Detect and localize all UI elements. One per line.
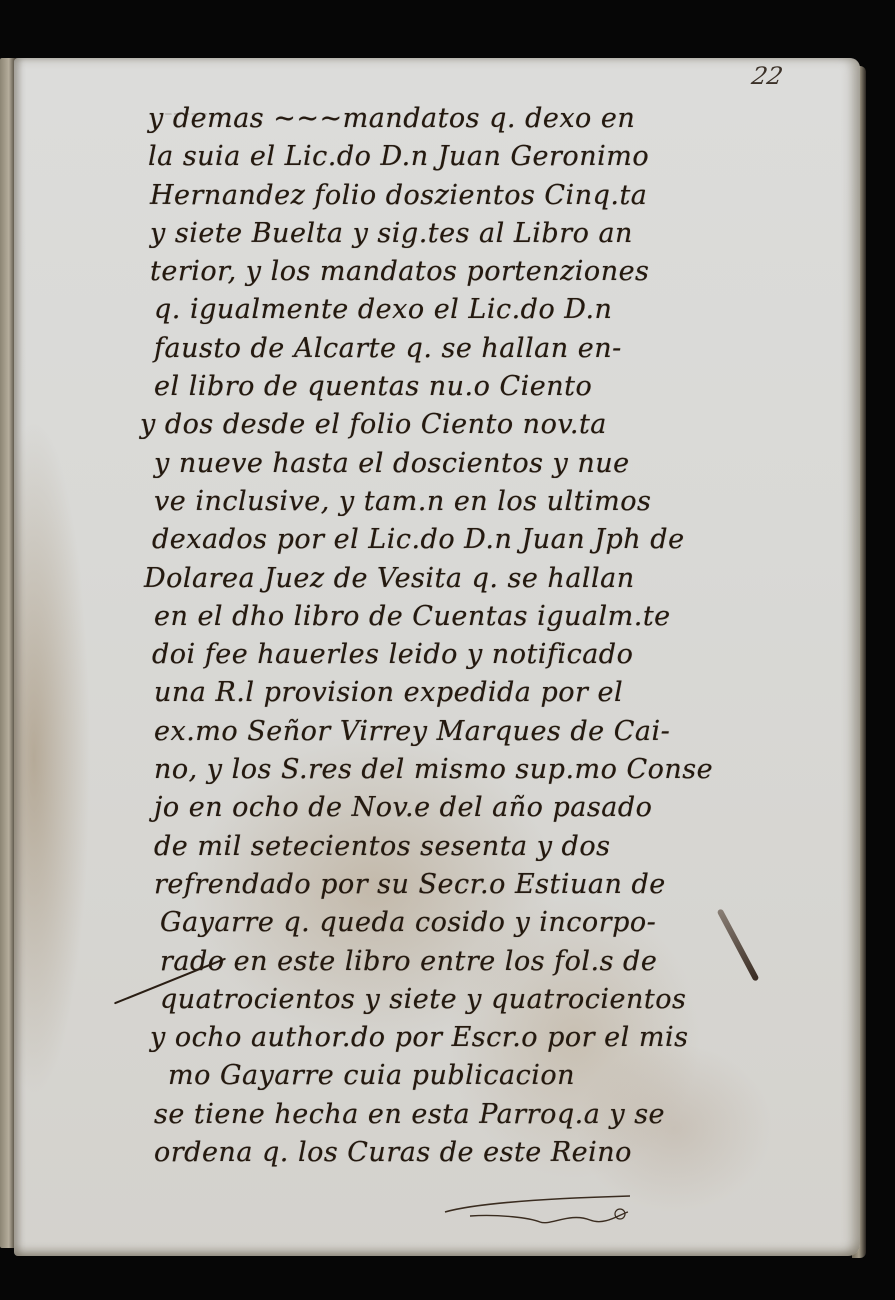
text-line: en el dho libro de Cuentas igualm.te <box>154 598 780 636</box>
manuscript-scan: ----- 22 y demas ~~~mandatos q. dexo en … <box>0 0 895 1300</box>
text-line: de mil setecientos sesenta y dos <box>154 828 780 866</box>
text-line: y ocho author.do por Escr.o por el mis <box>150 1019 780 1057</box>
text-line: doi fee hauerles leido y notificado <box>152 636 780 674</box>
text-line: terior, y los mandatos portenziones <box>150 253 780 291</box>
text-line: fausto de Alcarte q. se hallan en- <box>154 330 780 368</box>
handwritten-text-block: y demas ~~~mandatos q. dexo en la suia e… <box>140 100 780 1172</box>
text-line: el libro de quentas nu.o Ciento <box>154 368 780 406</box>
text-line: la suia el Lic.do D.n Juan Geronimo <box>148 138 780 176</box>
signature-rubric-icon <box>440 1192 640 1232</box>
text-line: y siete Buelta y sig.tes al Libro an <box>150 215 780 253</box>
text-line: y dos desde el folio Ciento nov.ta <box>140 406 780 444</box>
text-line: Hernandez folio doszientos Cinq.ta <box>150 177 780 215</box>
text-line: ordena q. los Curas de este Reino <box>154 1134 780 1172</box>
text-line: se tiene hecha en esta Parroq.a y se <box>154 1096 780 1134</box>
text-line: ve inclusive, y tam.n en los ultimos <box>154 483 780 521</box>
folio-number: 22 <box>750 62 785 90</box>
text-line: mo Gayarre cuia publicacion <box>168 1057 780 1095</box>
text-line: jo en ocho de Nov.e del año pasado <box>154 789 780 827</box>
text-line: refrendado por su Secr.o Estiuan de <box>154 866 780 904</box>
text-line: una R.l provision expedida por el <box>154 674 780 712</box>
text-line: ex.mo Señor Virrey Marques de Cai- <box>154 713 780 751</box>
text-line: dexados por el Lic.do D.n Juan Jph de <box>152 521 780 559</box>
text-line: Dolarea Juez de Vesita q. se hallan <box>144 560 780 598</box>
text-line: y nueve hasta el doscientos y nue <box>154 445 780 483</box>
text-line: quatrocientos y siete y quatrocientos <box>160 981 780 1019</box>
text-line: y demas ~~~mandatos q. dexo en <box>148 100 780 138</box>
text-line: rado en este libro entre los fol.s de <box>160 943 780 981</box>
text-line: q. igualmente dexo el Lic.do D.n <box>154 291 780 329</box>
text-line: Gayarre q. queda cosido y incorpo- <box>160 904 780 942</box>
text-line: no, y los S.res del mismo sup.mo Conse <box>154 751 780 789</box>
